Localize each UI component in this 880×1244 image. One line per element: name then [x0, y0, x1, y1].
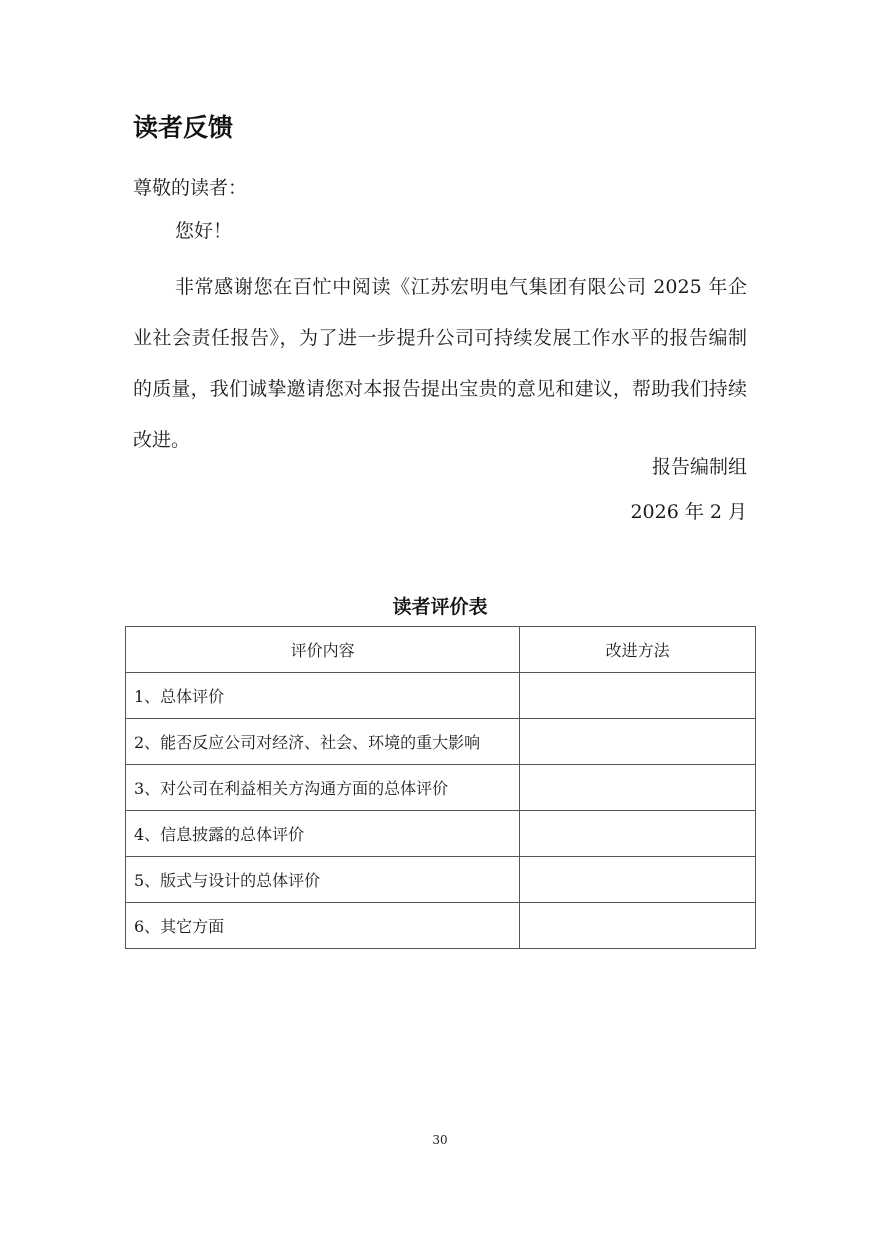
table-row: 3、对公司在利益相关方沟通方面的总体评价 [126, 765, 756, 811]
row-method-cell[interactable] [520, 857, 756, 903]
row-method-cell[interactable] [520, 765, 756, 811]
row-content: 1、总体评价 [126, 673, 520, 719]
greeting: 您好！ [175, 210, 232, 253]
letter-date: 2026 年 2 月 [630, 497, 747, 524]
table-row: 2、能否反应公司对经济、社会、环境的重大影响 [126, 719, 756, 765]
header-improvement-method: 改进方法 [520, 627, 756, 673]
evaluation-table: 评价内容 改进方法 1、总体评价 2、能否反应公司对经济、社会、环境的重大影响 … [125, 626, 756, 949]
table-row: 5、版式与设计的总体评价 [126, 857, 756, 903]
table-header-row: 评价内容 改进方法 [126, 627, 756, 673]
table-title: 读者评价表 [0, 592, 880, 619]
table-row: 4、信息披露的总体评价 [126, 811, 756, 857]
letter-body: 非常感谢您在百忙中阅读《江苏宏明电气集团有限公司 2025 年企业社会责任报告》… [133, 262, 747, 466]
row-method-cell[interactable] [520, 903, 756, 949]
header-evaluation-content: 评价内容 [126, 627, 520, 673]
row-method-cell[interactable] [520, 719, 756, 765]
row-method-cell[interactable] [520, 811, 756, 857]
row-content: 6、其它方面 [126, 903, 520, 949]
table-row: 6、其它方面 [126, 903, 756, 949]
page-number: 30 [0, 1133, 880, 1147]
salutation: 尊敬的读者： [133, 167, 247, 210]
page-title: 读者反馈 [133, 108, 233, 144]
row-method-cell[interactable] [520, 673, 756, 719]
table-row: 1、总体评价 [126, 673, 756, 719]
signature: 报告编制组 [652, 452, 747, 479]
row-content: 5、版式与设计的总体评价 [126, 857, 520, 903]
row-content: 3、对公司在利益相关方沟通方面的总体评价 [126, 765, 520, 811]
row-content: 2、能否反应公司对经济、社会、环境的重大影响 [126, 719, 520, 765]
row-content: 4、信息披露的总体评价 [126, 811, 520, 857]
